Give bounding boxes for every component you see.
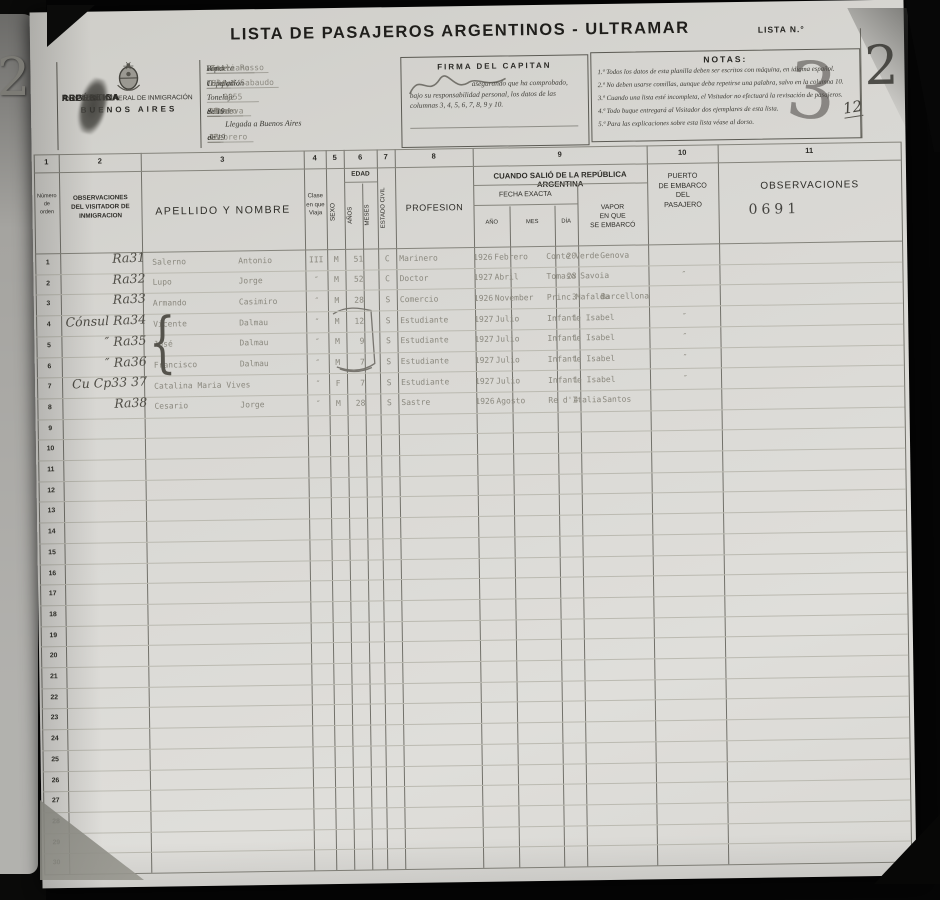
- cell-name2: Casimiro: [239, 297, 278, 307]
- observation-handwritten: Cónsul Ra34: [42, 312, 147, 331]
- cell-ano: 1926: [475, 397, 494, 406]
- cell-anos: 52: [341, 275, 363, 284]
- column-number-3: 3: [141, 153, 304, 164]
- grid-rowline: [39, 530, 906, 544]
- header-fecha-exacta: FECHA EXACTA: [473, 190, 577, 199]
- cell-profesion: Marinero: [399, 253, 438, 263]
- grid-rowline: [40, 572, 907, 586]
- cell-anos: 28: [343, 399, 365, 408]
- observation-handwritten: Ra33: [42, 291, 147, 310]
- column-number-4: 4: [304, 153, 326, 162]
- cell-civil: S: [380, 357, 398, 366]
- cell-clase: ″: [307, 379, 329, 388]
- cell-puerto: Barcellona: [601, 291, 649, 301]
- llegada-label: Llegada a Buenos Aires: [225, 119, 301, 129]
- cell-civil: S: [379, 295, 397, 304]
- cell-name1: Lupo: [153, 278, 172, 287]
- header-cuando-salio: CUANDO SALIÓ DE LA REPÚBLICA ARGENTINA: [473, 169, 647, 190]
- column-number-8: 8: [395, 151, 473, 161]
- grid-hline: [35, 241, 902, 255]
- cell-vapor: Infante Isabel: [547, 333, 615, 343]
- row-number: 14: [39, 528, 64, 535]
- row-number: 12: [39, 487, 64, 494]
- llegada-year: 28: [207, 133, 220, 143]
- cell-profesion: Estudiante: [401, 377, 449, 387]
- column-number-7: 7: [377, 152, 395, 161]
- grid-rowline: [39, 510, 906, 524]
- cell-name2: Antonio: [238, 255, 272, 264]
- cell-vapor: Infante Isabel: [548, 354, 616, 364]
- cell-civil: S: [379, 316, 397, 325]
- observation-handwritten: Cu Cp33 37: [43, 374, 148, 393]
- cell-puerto: ″: [681, 270, 686, 279]
- header-observaciones-visitador: OBSERVACIONES DEL VISITADOR DE INMIGRACI…: [59, 193, 141, 221]
- grid-rowline: [39, 468, 906, 482]
- cell-clase: ″: [307, 358, 329, 367]
- grid-vline: [647, 145, 659, 865]
- grid-rowline: [42, 696, 909, 710]
- cell-puerto: ″: [682, 332, 687, 341]
- cell-vapor: Tomaso Savoia: [546, 271, 609, 281]
- cell-mes: Agosto: [496, 397, 525, 406]
- cell-ano: 1927: [475, 356, 494, 365]
- cell-anos: 9: [342, 337, 364, 346]
- cell-name2: Dalmau: [239, 338, 268, 347]
- grid-rowline: [43, 799, 910, 813]
- cell-mes: Febrero: [494, 252, 528, 261]
- row-number: 18: [40, 611, 65, 618]
- cell-name1: Catalina Maria Vives: [154, 380, 250, 390]
- cell-civil: S: [379, 336, 397, 345]
- cell-vapor: Re d'Italia: [548, 395, 601, 405]
- column-number-10: 10: [647, 147, 718, 157]
- tonelaje-value: 9855: [207, 92, 259, 103]
- row-number: 26: [43, 777, 68, 784]
- cell-mes: Julio: [495, 335, 519, 344]
- cell-puerto: ″: [683, 373, 688, 382]
- row-number: 24: [42, 735, 67, 742]
- row-number: 11: [38, 466, 63, 473]
- grid-rowline: [44, 841, 911, 855]
- grid-rowline: [42, 675, 909, 689]
- row-number: 19: [41, 632, 66, 639]
- row-number: 9: [38, 425, 63, 432]
- header-observaciones: OBSERVACIONES: [718, 179, 901, 193]
- salida-year: 28: [207, 107, 220, 117]
- grid-vline: [718, 144, 730, 864]
- row-number: 13: [39, 507, 64, 514]
- cell-name2: Jorge: [240, 400, 264, 409]
- document-page: LISTA DE PASAJEROS ARGENTINOS - ULTRAMAR…: [30, 0, 917, 888]
- cell-civil: C: [378, 274, 396, 283]
- grid-rowline: [42, 737, 909, 751]
- page-title: LISTA DE PASAJEROS ARGENTINOS - ULTRAMAR: [150, 18, 770, 46]
- cell-mes: Julio: [495, 314, 519, 323]
- cell-mes: November: [495, 293, 534, 303]
- row-number: 15: [40, 549, 65, 556]
- column-number-11: 11: [718, 145, 901, 157]
- grid-rowline: [40, 551, 907, 565]
- family-brace: {: [148, 311, 176, 373]
- grid-rowline: [43, 779, 910, 793]
- cell-puerto: ″: [683, 353, 688, 362]
- column-number-5: 5: [326, 153, 344, 162]
- agency-box: REPÚBLICA ARGENTINA DIRECCIÓN GENERAL DE…: [56, 60, 201, 150]
- header-vapor-embarco: VAPOR EN QUE SE EMBARCÓ: [577, 202, 647, 230]
- left-margin-number: 2: [0, 48, 30, 108]
- grid-rowline: [41, 634, 908, 648]
- header-clase: Clase en que Viaja: [303, 192, 327, 218]
- observation-handwritten: Ra31: [41, 249, 146, 268]
- column-number-6: 6: [344, 152, 377, 161]
- row-number: 16: [40, 570, 65, 577]
- cell-puerto: ″: [682, 311, 687, 320]
- header-ano: AÑO: [474, 219, 510, 226]
- cell-civil: C: [378, 254, 396, 263]
- cell-ano: 1927: [475, 376, 494, 385]
- cell-vapor: Infante Isabel: [547, 312, 615, 322]
- row-number: 22: [42, 694, 67, 701]
- cell-puerto: Santos: [602, 395, 631, 404]
- cell-profesion: Estudiante: [400, 315, 448, 325]
- cell-profesion: Estudiante: [400, 336, 448, 346]
- grid-rowline: [38, 448, 905, 462]
- row-number: 23: [42, 714, 67, 721]
- grid-rowline: [40, 592, 907, 606]
- row-number: 10: [38, 445, 63, 452]
- row-number: 21: [41, 673, 66, 680]
- cell-profesion: Comercio: [400, 294, 439, 304]
- grid-vline: [901, 142, 913, 862]
- observation-handwritten: Ra38: [43, 394, 148, 413]
- cell-clase: ″: [306, 296, 328, 305]
- header-sexo: SEXO: [329, 180, 337, 244]
- header-meses: MESES: [364, 185, 371, 243]
- row-number: 20: [41, 652, 66, 659]
- grid-rowline: [38, 427, 905, 441]
- column-number-2: 2: [59, 156, 141, 166]
- captain-signature-box: FIRMA DEL CAPITAN asegurando que ha comp…: [400, 54, 589, 148]
- grid-rowline: [43, 758, 910, 772]
- cell-ano: 1927: [474, 335, 493, 344]
- cell-clase: III: [305, 255, 327, 264]
- column-number-9: 9: [473, 148, 647, 160]
- header-profesion: PROFESION: [395, 202, 473, 213]
- cell-vapor: Conte Verde: [546, 251, 599, 261]
- header-edad: EDAD: [344, 170, 377, 177]
- grid-hline: [344, 181, 377, 182]
- cell-clase: ″: [306, 317, 328, 326]
- cell-anos: 28: [342, 295, 364, 304]
- column-number-1: 1: [34, 157, 59, 166]
- grid-rowline: [42, 717, 909, 731]
- observation-handwritten: ″ Ra35: [42, 332, 147, 351]
- cell-anos: 12: [342, 316, 364, 325]
- cell-civil: S: [380, 398, 398, 407]
- grid-rowline: [44, 820, 911, 834]
- cell-anos: 7: [343, 358, 365, 367]
- header-apellido-nombre: APELLIDO Y NOMBRE: [141, 203, 304, 217]
- cell-clase: ″: [307, 400, 329, 409]
- cell-mes: Julio: [496, 355, 520, 364]
- stamp-number: 0691: [748, 201, 800, 218]
- cell-anos: 7: [343, 378, 365, 387]
- cell-mes: Julio: [496, 376, 520, 385]
- grid-rowline: [39, 489, 906, 503]
- row-number: 25: [43, 756, 68, 763]
- header-numero-orden: Número de orden: [34, 192, 59, 216]
- cell-mes: Abril: [494, 272, 518, 281]
- cell-name1: Salerno: [152, 257, 186, 266]
- header-mes: MES: [510, 219, 555, 226]
- cell-clase: ″: [305, 275, 327, 284]
- cell-name2: Dalmau: [239, 318, 268, 327]
- coat-of-arms-icon: [57, 60, 199, 92]
- cell-civil: S: [380, 378, 398, 387]
- header-dia: DÍA: [555, 218, 578, 224]
- row-number: 17: [40, 590, 65, 597]
- handwritten-number-3: 3: [783, 51, 841, 134]
- tripulacion-value: 384: [207, 79, 231, 89]
- lista-number-label: LISTA N.°: [758, 24, 805, 35]
- cell-vapor: Infante Isabel: [548, 375, 616, 385]
- cell-anos: 51: [341, 254, 363, 263]
- cell-ano: 1927: [473, 273, 492, 282]
- grid-hline: [44, 862, 911, 876]
- cell-ano: 1926: [474, 294, 493, 303]
- cell-name2: Jorge: [238, 276, 262, 285]
- grid-rowline: [41, 613, 908, 627]
- firma-signature-line: [410, 125, 578, 128]
- cell-profesion: Estudiante: [401, 356, 449, 366]
- cell-clase: ″: [306, 337, 328, 346]
- cell-ano: 1927: [474, 314, 493, 323]
- cell-profesion: Doctor: [399, 274, 428, 283]
- grid-rowline: [41, 655, 908, 669]
- header-estado-civil: ESTADO CIVIL: [380, 172, 387, 244]
- cell-ano: 1926: [473, 252, 492, 261]
- cell-name1: Cesario: [154, 402, 188, 411]
- cell-profesion: Sastre: [401, 398, 430, 407]
- ship-info-box: Vapor Conte Rosso Bandera Italiana Compa…: [202, 57, 399, 149]
- row-number: 27: [43, 797, 68, 804]
- firma-text: asegurando que ha comprobado, bajo su re…: [410, 77, 578, 111]
- header-puerto-embarco: PUERTO DE EMBARCO DEL PASAJERO: [647, 170, 719, 209]
- bandera-value: Italiana: [206, 63, 254, 74]
- header-anos: AÑOS: [347, 186, 354, 244]
- photograph-stage: 2 LISTA DE PASAJEROS ARGENTINOS - ULTRAM…: [0, 0, 940, 900]
- cell-name2: Dalmau: [240, 359, 269, 368]
- cell-puerto: Genova: [600, 250, 629, 259]
- grid-hline: [473, 203, 577, 206]
